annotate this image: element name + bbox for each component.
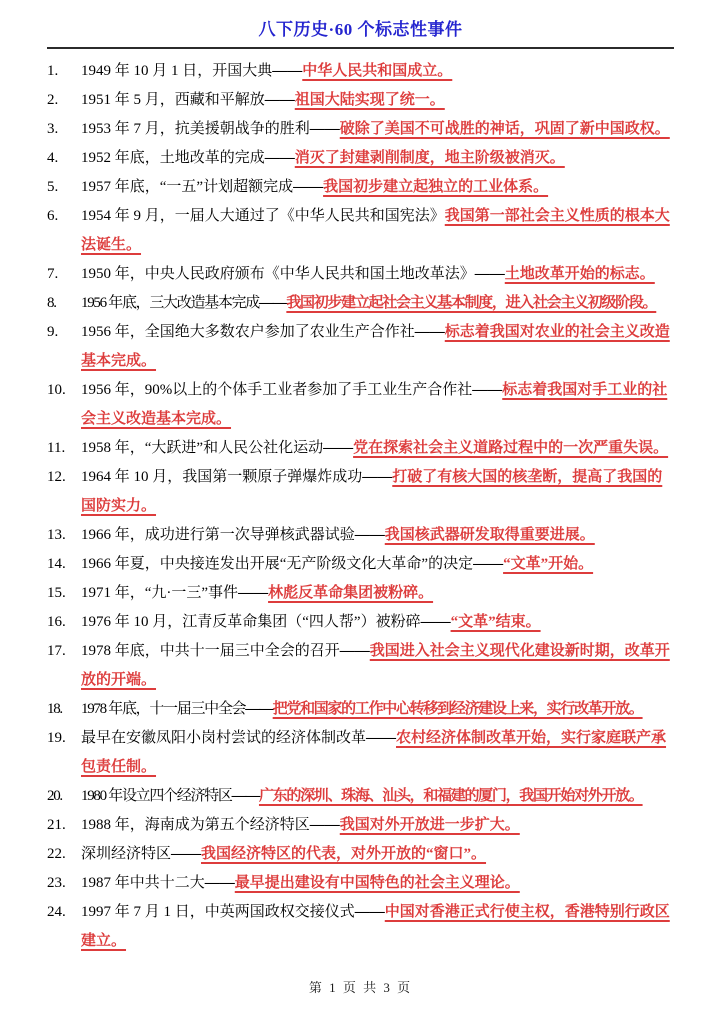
item-significance-text: “文革”开始。: [503, 556, 593, 572]
item-event-text: 1956 年，全国绝大多数农户参加了农业生产合作社: [81, 324, 415, 340]
item-dash: ——: [238, 585, 268, 601]
event-list-item: 14.1966 年夏，中央接连发出开展“无产阶级文化大革命”的决定——“文革”开…: [47, 550, 674, 579]
item-significance-text: 祖国大陆实现了统一。: [295, 92, 445, 108]
item-dash: ——: [272, 63, 302, 79]
item-event-text: 1958 年，“大跃进”和人民公社化运动: [81, 440, 323, 456]
event-list-item: 18.1978 年底，十一届三中全会——把党和国家的工作中心转移到经济建设上来，…: [47, 695, 674, 724]
item-dash: ——: [245, 701, 272, 717]
event-list-item: 10.1956 年，90%以上的个体手工业者参加了手工业生产合作社——标志着我国…: [47, 376, 674, 434]
item-significance-text: 土地改革开始的标志。: [505, 266, 655, 282]
page-title: 八下历史·60 个标志性事件: [0, 20, 721, 40]
item-dash: ——: [205, 875, 235, 891]
item-event-text: 1949 年 10 月 1 日，开国大典: [81, 63, 272, 79]
document-page: 八下历史·60 个标志性事件 1.1949 年 10 月 1 日，开国大典——中…: [0, 0, 721, 1024]
item-number: 14.: [47, 550, 81, 579]
item-dash: ——: [362, 469, 392, 485]
item-number: 6.: [47, 202, 81, 231]
item-dash: ——: [265, 92, 295, 108]
item-event-text: 1988 年，海南成为第五个经济特区: [81, 817, 310, 833]
item-number: 18.: [47, 695, 81, 724]
item-event-text: 1966 年，成功进行第一次导弹核武器试验: [81, 527, 355, 543]
item-number: 23.: [47, 869, 81, 898]
item-dash: ——: [355, 527, 385, 543]
item-number: 1.: [47, 57, 81, 86]
item-number: 13.: [47, 521, 81, 550]
event-list-item: 8.1956 年底，三大改造基本完成——我国初步建立起社会主义基本制度，进入社会…: [47, 289, 674, 318]
item-number: 21.: [47, 811, 81, 840]
item-dash: ——: [265, 150, 295, 166]
event-list-item: 9.1956 年，全国绝大多数农户参加了农业生产合作社——标志着我国对农业的社会…: [47, 318, 674, 376]
item-event-text: 1957 年底，“一五”计划超额完成: [81, 179, 293, 195]
item-event-text: 1978 年底，中共十一届三中全会的召开: [81, 643, 340, 659]
item-significance-text: 我国对外开放进一步扩大。: [340, 817, 520, 833]
event-list-item: 24.1997 年 7 月 1 日，中英两国政权交接仪式——中国对香港正式行使主…: [47, 898, 674, 956]
event-list-item: 5.1957 年底，“一五”计划超额完成——我国初步建立起独立的工业体系。: [47, 173, 674, 202]
item-event-text: 1997 年 7 月 1 日，中英两国政权交接仪式: [81, 904, 355, 920]
event-list-item: 17.1978 年底，中共十一届三中全会的召开——我国进入社会主义现代化建设新时…: [47, 637, 674, 695]
item-significance-text: 破除了美国不可战胜的神话，巩固了新中国政权。: [340, 121, 670, 137]
event-list-item: 6.1954 年 9 月，一届人大通过了《中华人民共和国宪法》我国第一部社会主义…: [47, 202, 674, 260]
item-dash: ——: [472, 382, 502, 398]
event-list-item: 11.1958 年，“大跃进”和人民公社化运动——党在探索社会主义道路过程中的一…: [47, 434, 674, 463]
item-number: 5.: [47, 173, 81, 202]
event-list-item: 16.1976 年 10 月，江青反革命集团（“四人帮”）被粉碎——“文革”结束…: [47, 608, 674, 637]
item-event-text: 1950 年，中央人民政府颁布《中华人民共和国土地改革法》: [81, 266, 475, 282]
item-dash: ——: [475, 266, 505, 282]
item-dash: ——: [171, 846, 201, 862]
item-event-text: 1952 年底，土地改革的完成: [81, 150, 265, 166]
item-significance-text: 把党和国家的工作中心转移到经济建设上来，实行改革开放。: [273, 701, 643, 717]
item-number: 4.: [47, 144, 81, 173]
item-event-text: 最早在安徽凤阳小岗村尝试的经济体制改革: [81, 730, 366, 746]
item-event-text: 1987 年中共十二大: [81, 875, 205, 891]
event-list-item: 3.1953 年 7 月，抗美援朝战争的胜利——破除了美国不可战胜的神话，巩固了…: [47, 115, 674, 144]
item-significance-text: 最早提出建设有中国特色的社会主义理论。: [235, 875, 520, 891]
item-dash: ——: [293, 179, 323, 195]
item-dash: ——: [232, 788, 259, 804]
item-dash: ——: [323, 440, 353, 456]
item-dash: ——: [366, 730, 396, 746]
event-list-item: 2.1951 年 5 月，西藏和平解放——祖国大陆实现了统一。: [47, 86, 674, 115]
item-significance-text: 中华人民共和国成立。: [302, 63, 452, 79]
item-event-text: 1954 年 9 月，一届人大通过了《中华人民共和国宪法》: [81, 208, 445, 224]
item-significance-text: 我国初步建立起社会主义基本制度，进入社会主义初级阶段。: [286, 295, 656, 311]
item-significance-text: 消灭了封建剥削制度，地主阶级被消灭。: [295, 150, 565, 166]
title-divider: [47, 47, 674, 49]
item-event-text: 1980 年设立四个经济特区: [81, 788, 232, 804]
item-significance-text: 我国核武器研发取得重要进展。: [385, 527, 595, 543]
item-number: 19.: [47, 724, 81, 753]
event-list-item: 12.1964 年 10 月，我国第一颗原子弹爆炸成功——打破了有核大国的核垄断…: [47, 463, 674, 521]
item-event-text: 1966 年夏，中央接连发出开展“无产阶级文化大革命”的决定: [81, 556, 473, 572]
item-number: 17.: [47, 637, 81, 666]
event-list-item: 22.深圳经济特区——我国经济特区的代表，对外开放的“窗口”。: [47, 840, 674, 869]
item-event-text: 1976 年 10 月，江青反革命集团（“四人帮”）被粉碎: [81, 614, 421, 630]
page-footer: 第 1 页 共 3 页: [0, 977, 721, 996]
event-list-item: 7.1950 年，中央人民政府颁布《中华人民共和国土地改革法》——土地改革开始的…: [47, 260, 674, 289]
item-event-text: 1956 年，90%以上的个体手工业者参加了手工业生产合作社: [81, 382, 472, 398]
item-dash: ——: [340, 643, 370, 659]
item-number: 2.: [47, 86, 81, 115]
item-number: 9.: [47, 318, 81, 347]
item-significance-text: 林彪反革命集团被粉碎。: [268, 585, 433, 601]
item-dash: ——: [473, 556, 503, 572]
events-list: 1.1949 年 10 月 1 日，开国大典——中华人民共和国成立。 2.195…: [47, 57, 674, 956]
item-number: 11.: [47, 434, 81, 463]
item-event-text: 深圳经济特区: [81, 846, 171, 862]
item-number: 3.: [47, 115, 81, 144]
item-event-text: 1951 年 5 月，西藏和平解放: [81, 92, 265, 108]
event-list-item: 4.1952 年底，土地改革的完成——消灭了封建剥削制度，地主阶级被消灭。: [47, 144, 674, 173]
item-number: 10.: [47, 376, 81, 405]
event-list-item: 21.1988 年，海南成为第五个经济特区——我国对外开放进一步扩大。: [47, 811, 674, 840]
item-significance-text: 我国经济特区的代表，对外开放的“窗口”。: [201, 846, 486, 862]
item-number: 12.: [47, 463, 81, 492]
item-event-text: 1964 年 10 月，我国第一颗原子弹爆炸成功: [81, 469, 362, 485]
item-number: 20.: [47, 782, 81, 811]
item-event-text: 1953 年 7 月，抗美援朝战争的胜利: [81, 121, 310, 137]
item-event-text: 1956 年底，三大改造基本完成: [81, 295, 259, 311]
item-number: 24.: [47, 898, 81, 927]
item-number: 8.: [47, 289, 81, 318]
item-dash: ——: [310, 121, 340, 137]
event-list-item: 13.1966 年，成功进行第一次导弹核武器试验——我国核武器研发取得重要进展。: [47, 521, 674, 550]
item-number: 22.: [47, 840, 81, 869]
item-significance-text: “文革”结束。: [451, 614, 541, 630]
event-list-item: 15.1971 年，“九·一三”事件——林彪反革命集团被粉碎。: [47, 579, 674, 608]
item-event-text: 1978 年底，十一届三中全会: [81, 701, 245, 717]
event-list-item: 19.最早在安徽凤阳小岗村尝试的经济体制改革——农村经济体制改革开始，实行家庭联…: [47, 724, 674, 782]
item-significance-text: 党在探索社会主义道路过程中的一次严重失误。: [353, 440, 668, 456]
item-dash: ——: [310, 817, 340, 833]
item-number: 16.: [47, 608, 81, 637]
item-significance-text: 我国初步建立起独立的工业体系。: [323, 179, 548, 195]
item-dash: ——: [259, 295, 286, 311]
item-event-text: 1971 年，“九·一三”事件: [81, 585, 238, 601]
event-list-item: 23.1987 年中共十二大——最早提出建设有中国特色的社会主义理论。: [47, 869, 674, 898]
item-number: 15.: [47, 579, 81, 608]
item-number: 7.: [47, 260, 81, 289]
event-list-item: 1.1949 年 10 月 1 日，开国大典——中华人民共和国成立。: [47, 57, 674, 86]
item-significance-text: 广东的深圳、珠海、汕头，和福建的厦门，我国开始对外开放。: [259, 788, 643, 804]
item-dash: ——: [421, 614, 451, 630]
item-dash: ——: [415, 324, 445, 340]
item-dash: ——: [355, 904, 385, 920]
event-list-item: 20.1980 年设立四个经济特区——广东的深圳、珠海、汕头，和福建的厦门，我国…: [47, 782, 674, 811]
